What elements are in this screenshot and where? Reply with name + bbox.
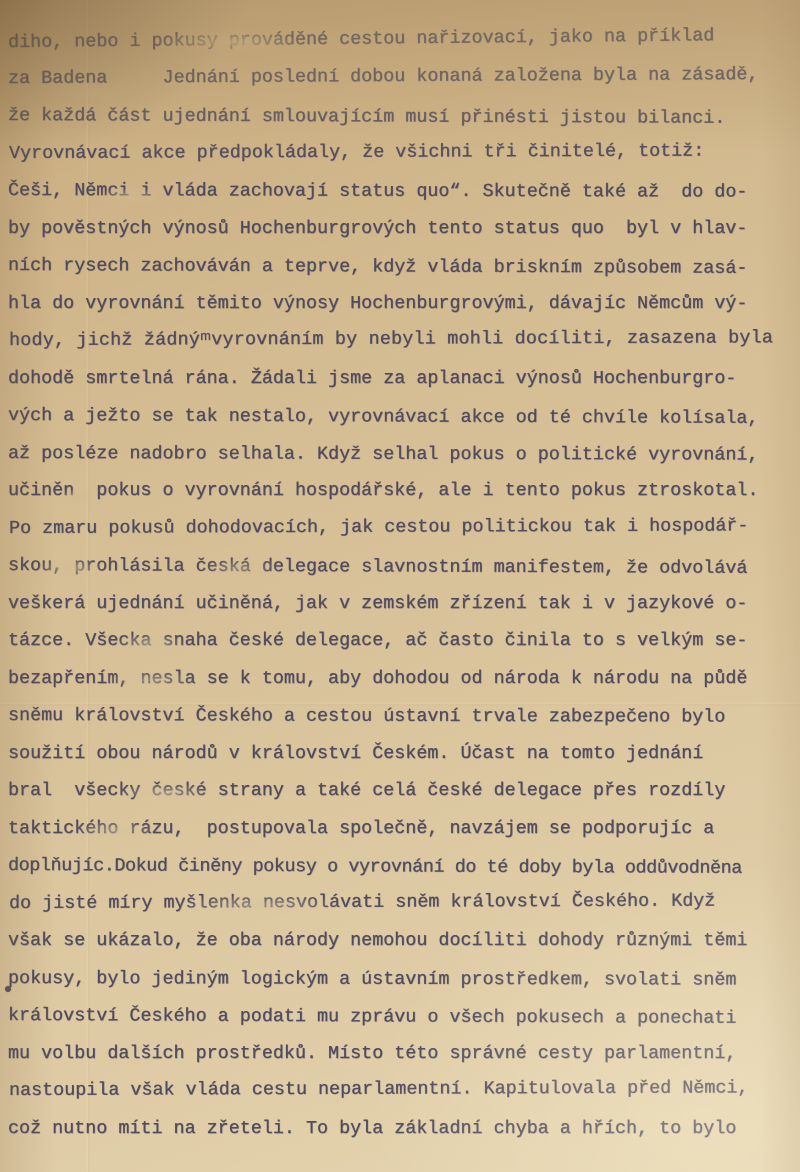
text-line: za Badena Jednání poslední dobou konaná … xyxy=(8,55,800,97)
text-line: vých a ježto se tak nestalo, vyrovnávací… xyxy=(8,397,800,438)
text-line: což nutno míti na zřeteli. To byla zákla… xyxy=(8,1110,800,1148)
text-line: soužití obou národů v království Českém.… xyxy=(8,735,800,773)
text-line: Češi, Němci i vláda zachovají status quo… xyxy=(8,172,800,211)
text-line: dohodě smrtelná rána. Žádali jsme za apl… xyxy=(8,360,800,398)
text-line: pokusy, bylo jediným logickým a ústavním… xyxy=(8,960,800,999)
text-line: sněmu království Českého a cestou ústavn… xyxy=(8,697,800,736)
typewritten-text: diho, nebo i pokusy prováděné cestou nař… xyxy=(0,0,800,1172)
text-line: veškerá ujednání učiněná, jak v zemském … xyxy=(8,585,800,623)
text-line: by pověstných výnosů Hochenburgrových te… xyxy=(8,210,800,248)
text-line: Vyrovnávací akce předpokládaly, že všich… xyxy=(9,132,800,172)
document-photo: diho, nebo i pokusy prováděné cestou nař… xyxy=(0,0,800,1172)
text-line: taktického rázu, postupovala společně, n… xyxy=(8,810,800,848)
text-line: že každá část ujednání smlouvajícím musí… xyxy=(8,97,800,138)
text-line: diho, nebo i pokusy prováděné cestou nař… xyxy=(8,16,800,61)
text-line: hla do vyrovnání těmito výnosy Hochenbur… xyxy=(8,285,800,323)
text-line: království Českého a podati mu zprávu o … xyxy=(8,997,800,1038)
text-line: nastoupila však vláda cestu neparlamentn… xyxy=(9,1069,800,1109)
text-line: bezapřením, nesla se k tomu, aby dohodou… xyxy=(8,660,800,698)
text-line: doplňujíc.Dokud činěny pokusy o vyrovnán… xyxy=(8,847,800,888)
text-line: ních rysech zachováván a teprve, když vl… xyxy=(8,247,800,288)
text-line: Po zmaru pokusů dohodovacích, jak cestou… xyxy=(9,507,800,547)
text-line: skou, prohlásila česká delegace slavnost… xyxy=(8,547,800,588)
text-line: tázce. Všecka snaha české delegace, ač č… xyxy=(8,622,800,660)
text-line: do jisté míry myšlenka nesvolávati sněm … xyxy=(9,882,800,922)
ink-spot xyxy=(5,986,11,992)
text-line: učiněn pokus o vyrovnání hospodářské, al… xyxy=(8,472,800,510)
text-line: bral všecky české strany a také celá čes… xyxy=(8,772,800,810)
text-line: až posléze nadobro selhala. Když selhal … xyxy=(8,435,800,474)
text-line: hody, jichž žádnýᵐvyrovnáním by nebyli m… xyxy=(9,319,800,359)
text-line: mu volbu dalších prostředků. Místo této … xyxy=(8,1035,800,1073)
text-line: však se ukázalo, že oba národy nemohou d… xyxy=(8,922,800,960)
